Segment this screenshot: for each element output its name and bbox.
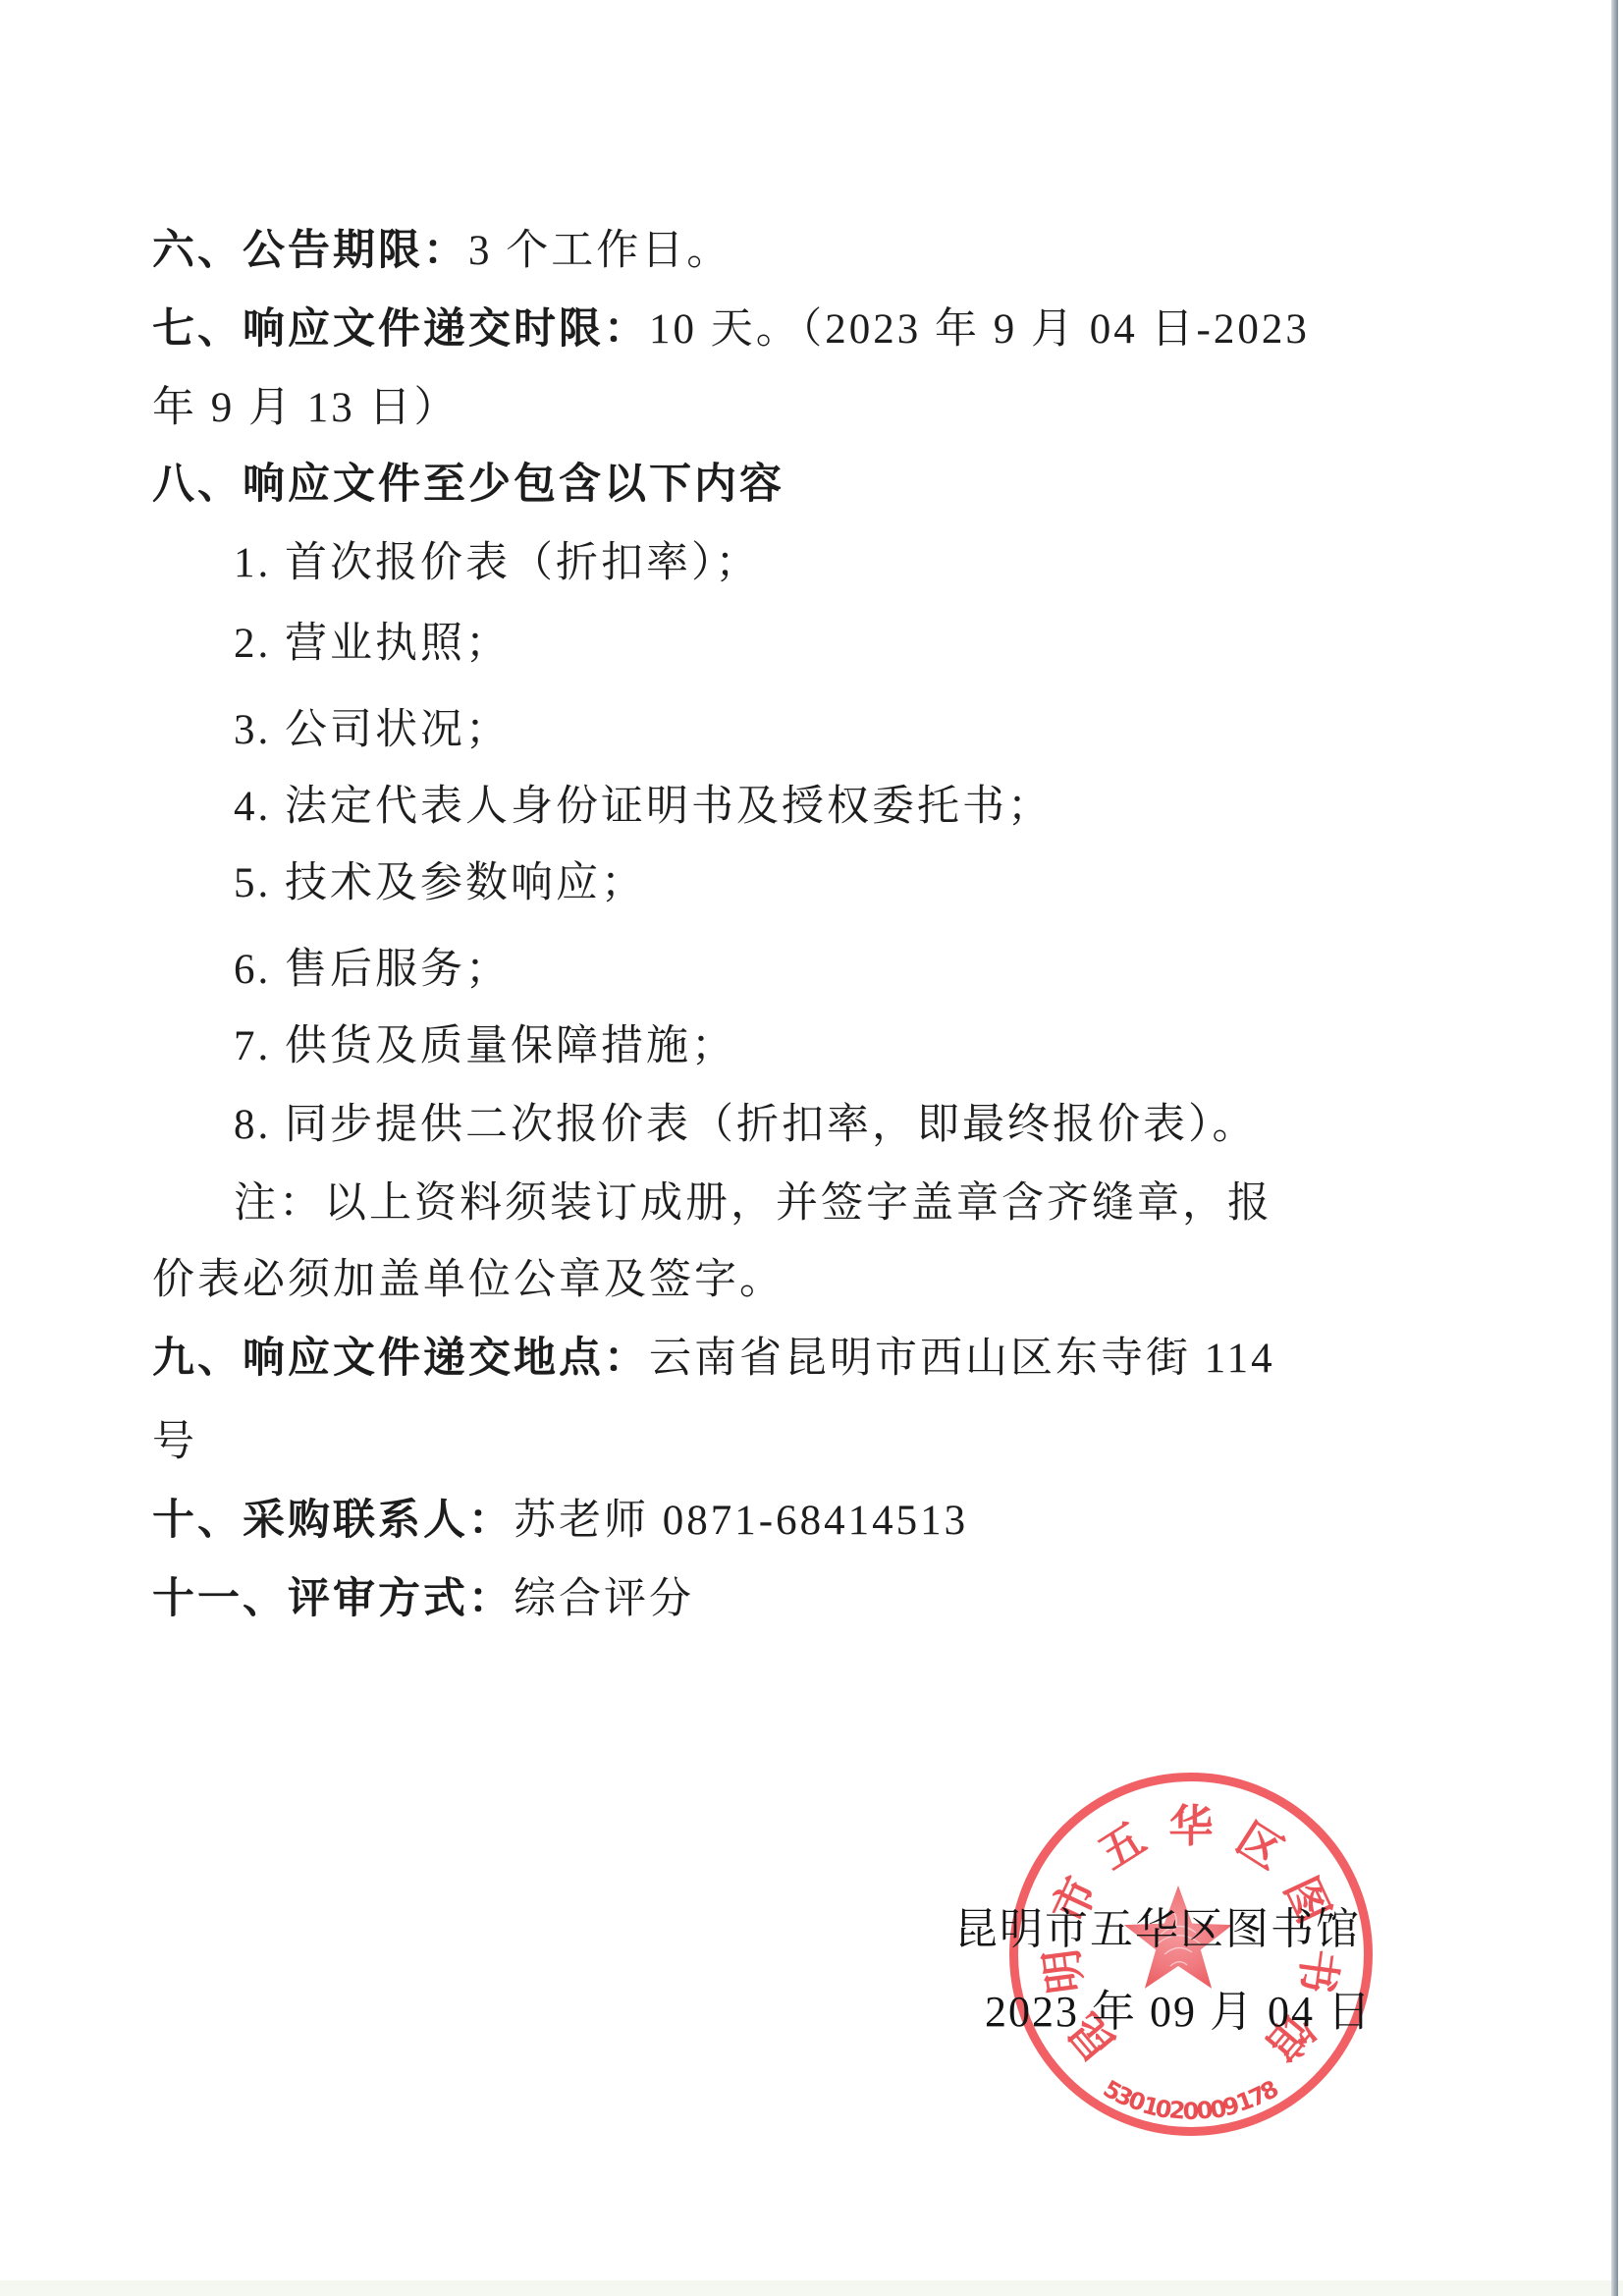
- doc-line-submission-deadline: 七、响应文件递交时限：10 天。（2023 年 9 月 04 日-2023: [152, 304, 1310, 359]
- line-text: 年 9 月 13 日）: [152, 385, 460, 431]
- line-heading: 十一、评审方式：: [152, 1576, 514, 1622]
- page-edge-line: [1611, 0, 1618, 2296]
- doc-line-contact: 十、采购联系人：苏老师 0871-68414513: [152, 1496, 968, 1551]
- line-text: 云南省昆明市西山区东寺街 114: [649, 1336, 1275, 1382]
- doc-note-line: 注：以上资料须装订成册，并签字盖章含齐缝章，报: [234, 1178, 1272, 1233]
- line-text: 综合评分: [514, 1576, 694, 1622]
- doc-list-item-7: 7. 供货及质量保障措施；: [234, 1021, 736, 1076]
- line-heading: 八、响应文件至少包含以下内容: [152, 462, 784, 508]
- line-text: 2. 营业执照；: [234, 621, 511, 667]
- line-text: 注：以上资料须装订成册，并签字盖章含齐缝章，报: [234, 1180, 1272, 1227]
- doc-line-submission-place-cont: 号: [152, 1417, 197, 1472]
- seal-arc-char: 华: [1167, 1803, 1215, 1850]
- line-text: 苏老师 0871-68414513: [514, 1498, 968, 1544]
- doc-list-item-4: 4. 法定代表人身份证明书及授权委托书；: [234, 782, 1053, 837]
- doc-list-item-2: 2. 营业执照；: [234, 619, 511, 674]
- line-heading: 十、采购联系人：: [152, 1498, 514, 1544]
- doc-note-line-cont: 价表必须加盖单位公章及签字。: [152, 1255, 784, 1310]
- line-text: 3. 公司状况；: [234, 707, 511, 753]
- line-heading: 六、公告期限：: [152, 228, 468, 274]
- doc-list-item-8: 8. 同步提供二次报价表（折扣率，即最终报价表）。: [234, 1100, 1258, 1155]
- scanned-document-page: 六、公告期限：3 个工作日。 七、响应文件递交时限：10 天。（2023 年 9…: [0, 0, 1623, 2296]
- doc-list-item-3: 3. 公司状况；: [234, 705, 511, 760]
- doc-line-contents-heading: 八、响应文件至少包含以下内容: [152, 460, 784, 515]
- doc-list-item-5: 5. 技术及参数响应；: [234, 858, 646, 913]
- doc-line-submission-place: 九、响应文件递交地点：云南省昆明市西山区东寺街 114: [152, 1334, 1275, 1389]
- line-text: 4. 法定代表人身份证明书及授权委托书；: [234, 784, 1053, 830]
- line-heading: 九、响应文件递交地点：: [152, 1336, 649, 1382]
- signature-organization: 昆明市五华区图书馆: [954, 1893, 1361, 1956]
- doc-line-submission-deadline-cont: 年 9 月 13 日）: [152, 383, 460, 438]
- line-text: 3 个工作日。: [468, 228, 731, 274]
- line-text: 6. 售后服务；: [234, 947, 511, 993]
- line-heading: 七、响应文件递交时限：: [152, 306, 649, 353]
- line-text: 5. 技术及参数响应；: [234, 860, 646, 906]
- line-text: 8. 同步提供二次报价表（折扣率，即最终报价表）。: [234, 1102, 1258, 1148]
- line-text: 价表必须加盖单位公章及签字。: [152, 1257, 784, 1303]
- doc-line-evaluation: 十一、评审方式：综合评分: [152, 1574, 694, 1629]
- doc-line-announcement-period: 六、公告期限：3 个工作日。: [152, 226, 731, 281]
- line-text: 号: [152, 1419, 197, 1465]
- signature-date: 2023 年 09 月 04 日: [985, 1976, 1373, 2039]
- doc-list-item-1: 1. 首次报价表（折扣率）；: [234, 538, 761, 593]
- line-text: 10 天。（2023 年 9 月 04 日-2023: [649, 306, 1310, 353]
- line-text: 1. 首次报价表（折扣率）；: [234, 540, 761, 586]
- scan-bottom-band: [0, 2280, 1623, 2296]
- line-text: 7. 供货及质量保障措施；: [234, 1023, 736, 1069]
- doc-list-item-6: 6. 售后服务；: [234, 945, 511, 1000]
